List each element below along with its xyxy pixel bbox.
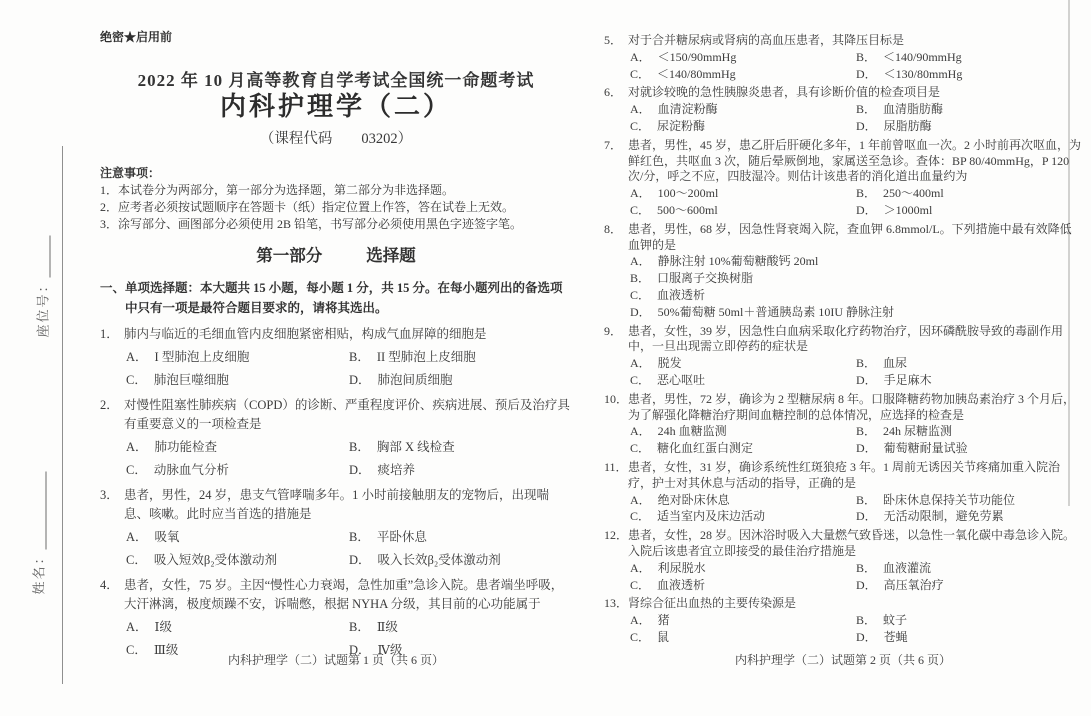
option: A．100～200ml — [630, 186, 856, 202]
classification-label: 绝密★启用前 — [100, 28, 572, 47]
option-text: 24h 血糖监测 — [658, 424, 727, 438]
question: 6．对就诊较晚的急性胰腺炎患者，具有诊断价值的检查项目是A．血清淀粉酶B．血清脂… — [604, 85, 1082, 134]
option-text: 平卧休息 — [377, 530, 427, 544]
note-item: 1．本试卷分为两部分，第一部分为选择题，第二部分为非选择题。 — [100, 182, 572, 199]
option-text: 猪 — [658, 613, 670, 627]
option: B．血尿 — [856, 356, 1082, 372]
option: D．无活动限制，避免劳累 — [856, 509, 1082, 525]
option-text: 恶心呕吐 — [657, 373, 705, 387]
option-text: 糖化血红蛋白测定 — [657, 441, 753, 455]
option: D．＞1000ml — [856, 203, 1082, 219]
option-label: B． — [856, 356, 876, 370]
question: 2．对慢性阻塞性肺疾病（COPD）的诊断、严重程度评价、疾病进展、预后及治疗具有… — [100, 396, 572, 480]
question-options: A．静脉注射 10%葡萄糖酸钙 20mlB．口服离子交换树脂C．血液透析D．50… — [604, 254, 1082, 320]
option-text: Ⅱ级 — [377, 620, 398, 634]
option: B．II 型肺泡上皮细胞 — [349, 348, 572, 367]
option-text: 血液透析 — [657, 578, 705, 592]
option-text: 动脉血气分析 — [154, 463, 229, 477]
option-text: 吸入长效β₂受体激动剂 — [378, 553, 501, 567]
question-stem-text: 患者，男性，24 岁，患支气管哮喘多年。1 小时前接触朋友的宠物后，出现喘息、咳… — [124, 488, 549, 521]
option-label: B． — [349, 440, 370, 454]
option: D．肺泡间质细胞 — [349, 371, 572, 390]
option-text: 50%葡萄糖 50ml＋普通胰岛素 10IU 静脉注射 — [658, 305, 894, 319]
option-text: 24h 尿糖监测 — [883, 424, 952, 438]
option-label: B． — [856, 613, 876, 627]
option: B．蚊子 — [856, 613, 1082, 629]
option-label: C． — [126, 373, 147, 387]
option-label: C． — [630, 373, 650, 387]
question-stem-text: 肺内与临近的毛细血管内皮细胞紧密相贴，构成气血屏障的细胞是 — [124, 327, 487, 341]
question-stem: 8．患者，男性，68 岁，因急性肾衰竭入院，查血钾 6.8mmol/L。下列措施… — [604, 222, 1082, 254]
option-text: 尿淀粉酶 — [657, 119, 705, 133]
option: A．脱发 — [630, 356, 856, 372]
question: 12．患者，女性，28 岁。因沐浴时吸入大量燃气致昏迷，以急性一氧化碳中毒急诊入… — [604, 528, 1082, 593]
option: A．绝对卧床休息 — [630, 493, 856, 509]
option-label: B． — [349, 530, 370, 544]
option-row: A．血清淀粉酶B．血清脂肪酶 — [630, 102, 1082, 118]
seat-number-label: 座位号： — [36, 277, 51, 337]
question-number: 4． — [100, 576, 124, 595]
note-item: 2．应考者必须按试题顺序在答题卡（纸）指定位置上作答，答在试卷上无效。 — [100, 199, 572, 216]
section-intro: 一、单项选择题：本大题共 15 小题，每小题 1 分，共 15 分。在每小题列出… — [100, 278, 572, 318]
question-stem-text: 患者，女性，28 岁。因沐浴时吸入大量燃气致昏迷，以急性一氧化碳中毒急诊入院。入… — [628, 528, 1075, 558]
question-number: 6． — [604, 85, 628, 101]
option-text: 利尿脱水 — [658, 561, 706, 575]
option-text: 肺泡间质细胞 — [378, 373, 453, 387]
option-label: B． — [349, 350, 370, 364]
option-row: C．动脉血气分析D．痰培养 — [126, 461, 572, 480]
option: D．尿脂肪酶 — [856, 119, 1082, 135]
question-options: A．100～200mlB．250～400mlC．500～600mlD．＞1000… — [604, 186, 1082, 219]
option-text: 100～200ml — [658, 186, 719, 200]
question: 3．患者，男性，24 岁，患支气管哮喘多年。1 小时前接触朋友的宠物后，出现喘息… — [100, 486, 572, 570]
option-row: C．尿淀粉酶D．尿脂肪酶 — [630, 119, 1082, 135]
option-text: 苍蝇 — [884, 630, 908, 644]
course-code: （课程代码 03202） — [100, 130, 572, 149]
option-row: A．吸氧B．平卧休息 — [126, 528, 572, 547]
option-label: D． — [856, 67, 877, 81]
question-stem-text: 患者，女性，75 岁。主因“慢性心力衰竭，急性加重”急诊入院。患者端坐呼吸，大汗… — [124, 578, 563, 611]
option-label: A． — [126, 350, 148, 364]
option: A．24h 血糖监测 — [630, 424, 856, 440]
option: B．胸部 X 线检查 — [349, 438, 572, 457]
option-text: 肺功能检查 — [155, 440, 218, 454]
option: A．吸氧 — [126, 528, 349, 547]
option-text: 肺泡巨噬细胞 — [154, 373, 229, 387]
question-stem-text: 对于合并糖尿病或肾病的高血压患者，其降压目标是 — [628, 33, 904, 47]
option-row: A．绝对卧床休息B．卧床休息保持关节功能位 — [630, 493, 1082, 509]
option-text: 高压氧治疗 — [884, 578, 944, 592]
option: B．250～400ml — [856, 186, 1082, 202]
option-text: 手足麻木 — [884, 373, 932, 387]
question-stem-text: 患者，女性，31 岁，确诊系统性红斑狼疮 3 年。1 周前无诱因关节疼痛加重入院… — [628, 460, 1060, 490]
option: C．500～600ml — [630, 203, 856, 219]
question: 1．肺内与临近的毛细血管内皮细胞紧密相贴，构成气血屏障的细胞是A．I 型肺泡上皮… — [100, 325, 572, 390]
question-stem: 5．对于合并糖尿病或肾病的高血压患者，其降压目标是 — [604, 33, 1082, 49]
question-number: 11． — [604, 460, 628, 476]
option-text: ＜140/80mmHg — [657, 67, 736, 81]
option-row: A．肺功能检查B．胸部 X 线检查 — [126, 438, 572, 457]
seat-number-field: 座位号： — [33, 178, 52, 338]
option: D．痰培养 — [349, 461, 572, 480]
option-label: D． — [856, 441, 877, 455]
option: B．平卧休息 — [349, 528, 572, 547]
option-label: B． — [856, 493, 876, 507]
option-label: C． — [126, 463, 147, 477]
page1-column: 绝密★启用前 2022 年 10 月高等教育自学考试全国统一命题考试 内科护理学… — [100, 28, 572, 660]
question-number: 12． — [604, 528, 628, 544]
option: C．＜140/80mmHg — [630, 67, 856, 83]
option-label: C． — [630, 119, 650, 133]
subject-title: 内科护理学（二） — [100, 97, 572, 116]
option: C．动脉血气分析 — [126, 461, 349, 480]
option-text: II 型肺泡上皮细胞 — [377, 350, 476, 364]
question-options: A．24h 血糖监测B．24h 尿糖监测C．糖化血红蛋白测定D．葡萄糖耐量试验 — [604, 424, 1082, 457]
option-text: 静脉注射 10%葡萄糖酸钙 20ml — [658, 254, 819, 268]
option-text: 血清淀粉酶 — [658, 102, 718, 116]
option-text: 蚊子 — [883, 613, 907, 627]
option-label: D． — [856, 373, 877, 387]
question-stem-text: 患者，男性，72 岁，确诊为 2 型糖尿病 8 年。口服降糖药物加胰岛素治疗 3… — [628, 392, 1075, 422]
question-number: 9． — [604, 324, 628, 340]
option: C．血液透析 — [630, 578, 856, 594]
option-label: B． — [349, 620, 370, 634]
option: D．＜130/80mmHg — [856, 67, 1082, 83]
option-text: 卧床休息保持关节功能位 — [883, 493, 1015, 507]
question: 10．患者，男性，72 岁，确诊为 2 型糖尿病 8 年。口服降糖药物加胰岛素治… — [604, 392, 1082, 457]
option-text: 尿脂肪酶 — [884, 119, 932, 133]
option-text: 鼠 — [657, 630, 669, 644]
question-stem: 6．对就诊较晚的急性胰腺炎患者，具有诊断价值的检查项目是 — [604, 85, 1082, 101]
option-label: C． — [630, 203, 650, 217]
seal-line — [62, 146, 63, 684]
option-label: D． — [856, 509, 877, 523]
page-footer-left: 内科护理学（二）试题第 1 页（共 6 页） — [100, 651, 572, 668]
option: D．葡萄糖耐量试验 — [856, 441, 1082, 457]
question: 5．对于合并糖尿病或肾病的高血压患者，其降压目标是A．＜150/90mmHgB．… — [604, 33, 1082, 82]
option-text: 吸氧 — [155, 530, 180, 544]
option-label: A． — [126, 530, 148, 544]
question-stem-text: 患者，女性，39 岁，因急性白血病采取化疗药物治疗，因环磷酰胺导致的毒副作用中，… — [628, 324, 1063, 354]
option-label: A． — [630, 254, 651, 268]
option: D．高压氧治疗 — [856, 578, 1082, 594]
option-text: I 型肺泡上皮细胞 — [155, 350, 250, 364]
option-label: A． — [630, 102, 651, 116]
question-number: 3． — [100, 486, 124, 505]
option-label: A． — [126, 620, 148, 634]
option: B．血液灌流 — [856, 561, 1082, 577]
option-label: B． — [856, 102, 876, 116]
question-stem-text: 对就诊较晚的急性胰腺炎患者，具有诊断价值的检查项目是 — [628, 85, 940, 99]
question-number: 8． — [604, 222, 628, 238]
option-label: D． — [349, 553, 371, 567]
option-text: ＜130/80mmHg — [884, 67, 963, 81]
questions-right: 5．对于合并糖尿病或肾病的高血压患者，其降压目标是A．＜150/90mmHgB．… — [604, 33, 1082, 646]
option-label: C． — [126, 553, 147, 567]
question-options: A．吸氧B．平卧休息C．吸入短效β₂受体激动剂D．吸入长效β₂受体激动剂 — [100, 528, 572, 570]
notes-heading: 注意事项： — [100, 165, 572, 182]
option: B．卧床休息保持关节功能位 — [856, 493, 1082, 509]
option: B．＜140/90mmHg — [856, 50, 1082, 66]
exam-title: 2022 年 10 月高等教育自学考试全国统一命题考试 — [100, 71, 572, 90]
option-label: D． — [349, 373, 371, 387]
option-row: C．500～600mlD．＞1000ml — [630, 203, 1082, 219]
option-label: A． — [126, 440, 148, 454]
note-item: 3．涂写部分、画图部分必须使用 2B 铅笔，书写部分必须使用黑色字迹签字笔。 — [100, 216, 572, 233]
question-number: 5． — [604, 33, 628, 49]
page2-column: 5．对于合并糖尿病或肾病的高血压患者，其降压目标是A．＜150/90mmHgB．… — [604, 30, 1082, 646]
option: A．Ⅰ级 — [126, 618, 349, 637]
option: C．糖化血红蛋白测定 — [630, 441, 856, 457]
option-row: A．I 型肺泡上皮细胞B．II 型肺泡上皮细胞 — [126, 348, 572, 367]
option-text: 500～600ml — [657, 203, 718, 217]
question: 8．患者，男性，68 岁，因急性肾衰竭入院，查血钾 6.8mmol/L。下列措施… — [604, 222, 1082, 321]
option: D．吸入长效β₂受体激动剂 — [349, 551, 572, 570]
question-number: 13． — [604, 596, 628, 612]
question: 11．患者，女性，31 岁，确诊系统性红斑狼疮 3 年。1 周前无诱因关节疼痛加… — [604, 460, 1082, 525]
question-options: A．肺功能检查B．胸部 X 线检查C．动脉血气分析D．痰培养 — [100, 438, 572, 480]
question-options: A．脱发B．血尿C．恶心呕吐D．手足麻木 — [604, 356, 1082, 389]
option-text: ＞1000ml — [884, 203, 933, 217]
option-row: A．静脉注射 10%葡萄糖酸钙 20ml — [630, 254, 1082, 270]
option: C．吸入短效β₂受体激动剂 — [126, 551, 349, 570]
question-options: A．猪B．蚊子C．鼠D．苍蝇 — [604, 613, 1082, 646]
option-text: ＜140/90mmHg — [883, 50, 962, 64]
option-text: Ⅰ级 — [155, 620, 172, 634]
option-label: A． — [630, 561, 651, 575]
option: A．肺功能检查 — [126, 438, 349, 457]
option-label: B． — [856, 561, 876, 575]
option-label: B． — [856, 424, 876, 438]
name-line — [35, 471, 46, 549]
option-label: C． — [630, 509, 650, 523]
option-label: A． — [630, 424, 651, 438]
option-row: C．鼠D．苍蝇 — [630, 630, 1082, 646]
option-text: 适当室内及床边活动 — [657, 509, 765, 523]
option-row: C．吸入短效β₂受体激动剂D．吸入长效β₂受体激动剂 — [126, 551, 572, 570]
option-label: D． — [856, 630, 877, 644]
question: 13．肾综合征出血热的主要传染源是A．猪B．蚊子C．鼠D．苍蝇 — [604, 596, 1082, 645]
option: A．静脉注射 10%葡萄糖酸钙 20ml — [630, 254, 1082, 270]
option-label: B． — [856, 50, 876, 64]
option: C．肺泡巨噬细胞 — [126, 371, 349, 390]
option-label: D． — [630, 305, 651, 319]
option: B．24h 尿糖监测 — [856, 424, 1082, 440]
question-options: A．利尿脱水B．血液灌流C．血液透析D．高压氧治疗 — [604, 561, 1082, 594]
question: 7．患者，男性，45 岁，患乙肝后肝硬化多年，1 年前曾呕血一次。2 小时前再次… — [604, 138, 1082, 219]
section-heading: 第一部分选择题 — [100, 246, 572, 265]
option-label: D． — [349, 463, 371, 477]
option-label: B． — [630, 271, 650, 285]
option: D．50%葡萄糖 50ml＋普通胰岛素 10IU 静脉注射 — [630, 305, 1082, 321]
question-stem: 3．患者，男性，24 岁，患支气管哮喘多年。1 小时前接触朋友的宠物后，出现喘息… — [100, 486, 572, 524]
question-number: 2． — [100, 396, 124, 415]
question-stem: 2．对慢性阻塞性肺疾病（COPD）的诊断、严重程度评价、疾病进展、预后及治疗具有… — [100, 396, 572, 434]
question-number: 1． — [100, 325, 124, 344]
option-label: C． — [630, 67, 650, 81]
option-row: C．适当室内及床边活动D．无活动限制，避免劳累 — [630, 509, 1082, 525]
option-label: A． — [630, 356, 651, 370]
option-row: A．脱发B．血尿 — [630, 356, 1082, 372]
option-label: C． — [630, 288, 650, 302]
option-text: 血清脂肪酶 — [883, 102, 943, 116]
question-options: A．绝对卧床休息B．卧床休息保持关节功能位C．适当室内及床边活动D．无活动限制，… — [604, 493, 1082, 526]
question-stem: 11．患者，女性，31 岁，确诊系统性红斑狼疮 3 年。1 周前无诱因关节疼痛加… — [604, 460, 1082, 492]
question-stem: 4．患者，女性，75 岁。主因“慢性心力衰竭，急性加重”急诊入院。患者端坐呼吸，… — [100, 576, 572, 614]
option: C．适当室内及床边活动 — [630, 509, 856, 525]
question-stem-text: 患者，男性，68 岁，因急性肾衰竭入院，查血钾 6.8mmol/L。下列措施中最… — [628, 222, 1072, 252]
section-heading-part: 第一部分 — [256, 246, 322, 265]
question-number: 10． — [604, 392, 628, 408]
option-label: D． — [856, 203, 877, 217]
option-row: C．＜140/80mmHgD．＜130/80mmHg — [630, 67, 1082, 83]
option-row: A．＜150/90mmHgB．＜140/90mmHg — [630, 50, 1082, 66]
option-row: C．肺泡巨噬细胞D．肺泡间质细胞 — [126, 371, 572, 390]
question: 4．患者，女性，75 岁。主因“慢性心力衰竭，急性加重”急诊入院。患者端坐呼吸，… — [100, 576, 572, 660]
option-label: A． — [630, 613, 651, 627]
notes-block: 注意事项： 1．本试卷分为两部分，第一部分为选择题，第二部分为非选择题。 2．应… — [100, 165, 572, 233]
option-label: A． — [630, 50, 651, 64]
option-label: B． — [856, 186, 876, 200]
questions-left: 1．肺内与临近的毛细血管内皮细胞紧密相贴，构成气血屏障的细胞是A．I 型肺泡上皮… — [100, 325, 572, 660]
option-label: C． — [630, 630, 650, 644]
option: C．恶心呕吐 — [630, 373, 856, 389]
option-text: 无活动限制，避免劳累 — [884, 509, 1004, 523]
exam-paper-page: 座位号： 姓名： 绝密★启用前 2022 年 10 月高等教育自学考试全国统一命… — [0, 0, 1091, 716]
name-field: 姓名： — [29, 435, 48, 595]
option-label: A． — [630, 493, 651, 507]
section-heading-type: 选择题 — [366, 246, 416, 265]
option: C．血液透析 — [630, 288, 1082, 304]
option-row: A．24h 血糖监测B．24h 尿糖监测 — [630, 424, 1082, 440]
option-row: B．口服离子交换树脂 — [630, 271, 1082, 287]
question-stem: 13．肾综合征出血热的主要传染源是 — [604, 596, 1082, 612]
option-text: 吸入短效β₂受体激动剂 — [154, 553, 277, 567]
option-label: C． — [630, 578, 650, 592]
option: C．鼠 — [630, 630, 856, 646]
option-row: A．利尿脱水B．血液灌流 — [630, 561, 1082, 577]
option-row: A．100～200mlB．250～400ml — [630, 186, 1082, 202]
option-text: 口服离子交换树脂 — [657, 271, 753, 285]
option-row: C．糖化血红蛋白测定D．葡萄糖耐量试验 — [630, 441, 1082, 457]
option: A．＜150/90mmHg — [630, 50, 856, 66]
option-label: D． — [856, 119, 877, 133]
option-text: 血液透析 — [657, 288, 705, 302]
name-label: 姓名： — [32, 549, 47, 594]
option-text: 痰培养 — [378, 463, 416, 477]
question-number: 7． — [604, 138, 628, 154]
option-text: 胸部 X 线检查 — [377, 440, 455, 454]
question-stem: 7．患者，男性，45 岁，患乙肝后肝硬化多年，1 年前曾呕血一次。2 小时前再次… — [604, 138, 1082, 185]
question-stem: 9．患者，女性，39 岁，因急性白血病采取化疗药物治疗，因环磷酰胺导致的毒副作用… — [604, 324, 1082, 356]
option-text: 葡萄糖耐量试验 — [884, 441, 968, 455]
question-options: A．I 型肺泡上皮细胞B．II 型肺泡上皮细胞C．肺泡巨噬细胞D．肺泡间质细胞 — [100, 348, 572, 390]
question-options: A．血清淀粉酶B．血清脂肪酶C．尿淀粉酶D．尿脂肪酶 — [604, 102, 1082, 135]
option: A．猪 — [630, 613, 856, 629]
option: B．口服离子交换树脂 — [630, 271, 1082, 287]
option-text: ＜150/90mmHg — [658, 50, 737, 64]
option-row: C．恶心呕吐D．手足麻木 — [630, 373, 1082, 389]
question: 9．患者，女性，39 岁，因急性白血病采取化疗药物治疗，因环磷酰胺导致的毒副作用… — [604, 324, 1082, 389]
option: B．Ⅱ级 — [349, 618, 572, 637]
option-row: A．猪B．蚊子 — [630, 613, 1082, 629]
option-row: C．血液透析 — [630, 288, 1082, 304]
option: B．血清脂肪酶 — [856, 102, 1082, 118]
option: D．苍蝇 — [856, 630, 1082, 646]
seat-number-line — [39, 235, 50, 277]
option-label: A． — [630, 186, 651, 200]
option-label: C． — [630, 441, 650, 455]
option-label: D． — [856, 578, 877, 592]
option-text: 血液灌流 — [883, 561, 931, 575]
option: D．手足麻木 — [856, 373, 1082, 389]
option-row: D．50%葡萄糖 50ml＋普通胰岛素 10IU 静脉注射 — [630, 305, 1082, 321]
option-text: 绝对卧床休息 — [658, 493, 730, 507]
page-footer-right: 内科护理学（二）试题第 2 页（共 6 页） — [604, 651, 1082, 668]
option: A．I 型肺泡上皮细胞 — [126, 348, 349, 367]
question-stem-text: 患者，男性，45 岁，患乙肝后肝硬化多年，1 年前曾呕血一次。2 小时前再次呕血… — [628, 138, 1081, 184]
question-stem: 10．患者，男性，72 岁，确诊为 2 型糖尿病 8 年。口服降糖药物加胰岛素治… — [604, 392, 1082, 424]
question-stem-text: 对慢性阻塞性肺疾病（COPD）的诊断、严重程度评价、疾病进展、预后及治疗具有重要… — [124, 398, 570, 431]
option-text: 脱发 — [658, 356, 682, 370]
option-row: C．血液透析D．高压氧治疗 — [630, 578, 1082, 594]
option-row: A．Ⅰ级B．Ⅱ级 — [126, 618, 572, 637]
option: A．血清淀粉酶 — [630, 102, 856, 118]
option-text: 250～400ml — [883, 186, 944, 200]
question-stem: 1．肺内与临近的毛细血管内皮细胞紧密相贴，构成气血屏障的细胞是 — [100, 325, 572, 344]
question-stem: 12．患者，女性，28 岁。因沐浴时吸入大量燃气致昏迷，以急性一氧化碳中毒急诊入… — [604, 528, 1082, 560]
option-text: 血尿 — [883, 356, 907, 370]
question-options: A．＜150/90mmHgB．＜140/90mmHgC．＜140/80mmHgD… — [604, 50, 1082, 83]
option: A．利尿脱水 — [630, 561, 856, 577]
question-stem-text: 肾综合征出血热的主要传染源是 — [628, 596, 796, 610]
option: C．尿淀粉酶 — [630, 119, 856, 135]
